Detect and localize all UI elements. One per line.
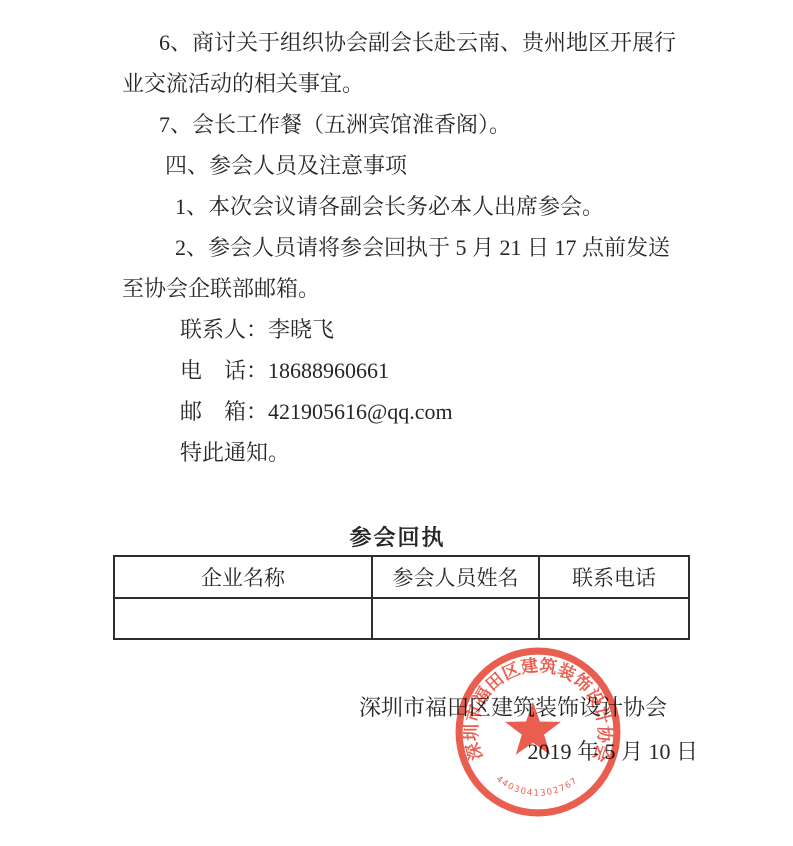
document-line: 1、本次会议请各副会长务必本人出席参会。	[122, 186, 678, 227]
seal-ring	[459, 651, 617, 813]
svg-text:4403041302767: 4403041302767	[494, 774, 580, 798]
reply-slip-empty-row[interactable]	[114, 598, 689, 639]
document-line: 2、参会人员请将参会回执于 5 月 21 日 17 点前发送	[122, 227, 678, 268]
document-line: 电 话：18688960661	[122, 350, 678, 391]
official-seal: 深圳市福田区建筑装饰设计协会 4403041302767	[452, 646, 624, 818]
reply-slip-cell[interactable]	[372, 598, 539, 639]
reply-slip-title: 参会回执	[113, 521, 682, 552]
document-line: 至协会企联部邮箱。	[122, 268, 678, 309]
document-line: 邮 箱：421905616@qq.com	[122, 391, 678, 432]
seal-code-text: 4403041302767	[494, 774, 580, 798]
reply-slip-cell[interactable]	[539, 598, 689, 639]
reply-slip-column-header: 参会人员姓名	[372, 556, 539, 598]
reply-slip-cell[interactable]	[114, 598, 372, 639]
document-line: 6、商讨关于组织协会副会长赴云南、贵州地区开展行	[122, 22, 678, 63]
document-line: 四、参会人员及注意事项	[122, 145, 678, 186]
signature-date: 2019 年 5 月 10 日	[527, 735, 698, 766]
signature-organization: 深圳市福田区建筑装饰设计协会	[359, 691, 667, 722]
document-line: 7、会长工作餐（五洲宾馆淮香阁）。	[122, 104, 678, 145]
document-line: 特此通知。	[122, 432, 678, 473]
document-line: 联系人：李晓飞	[122, 309, 678, 350]
reply-slip-header-row: 企业名称参会人员姓名联系电话	[114, 556, 689, 598]
reply-slip-column-header: 企业名称	[114, 556, 372, 598]
reply-slip-table: 企业名称参会人员姓名联系电话	[113, 555, 690, 640]
document-line: 业交流活动的相关事宜。	[122, 63, 678, 104]
notice-body: 6、商讨关于组织协会副会长赴云南、贵州地区开展行业交流活动的相关事宜。7、会长工…	[122, 22, 678, 473]
reply-slip-column-header: 联系电话	[539, 556, 689, 598]
document-page: 6、商讨关于组织协会副会长赴云南、贵州地区开展行业交流活动的相关事宜。7、会长工…	[0, 0, 793, 846]
